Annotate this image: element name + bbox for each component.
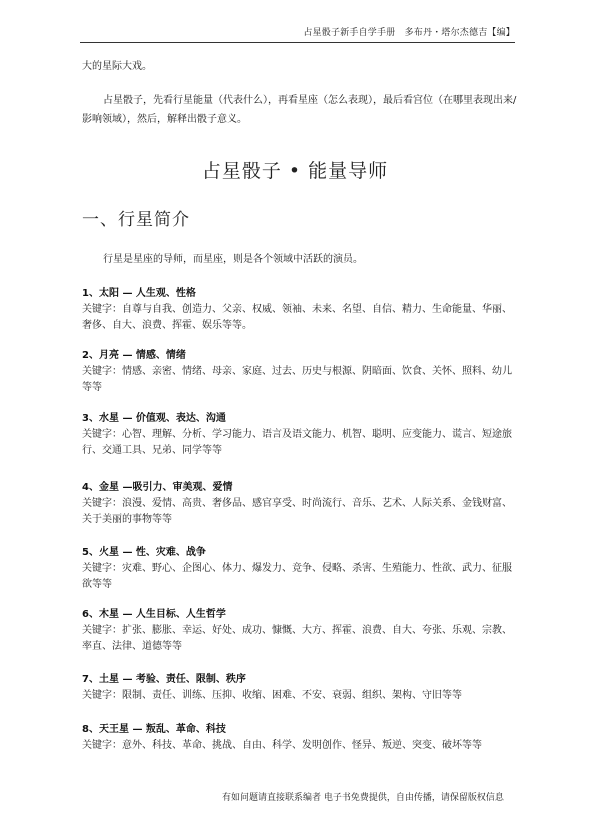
planet-keywords: 关键字：情感、亲密、情绪、母亲、家庭、过去、历史与根源、阴暗面、饮食、关怀、照料… bbox=[82, 364, 517, 396]
planet-keywords: 关键字：心智、理解、分析、学习能力、语言及语文能力、机智、聪明、应变能力、谎言、… bbox=[82, 427, 517, 459]
planet-keywords: 关键字：灾难、野心、企图心、体力、爆发力、竞争、侵略、杀害、生殖能力、性欲、武力… bbox=[82, 561, 517, 593]
planet-entry-jupiter: 6、木星 — 人生目标、人生哲学 关键字：扩张、膨胀、幸运、好处、成功、慷慨、大… bbox=[82, 607, 517, 655]
planet-title: 8、天王星 — 叛乱、革命、科技 bbox=[82, 722, 517, 738]
planet-entry-moon: 2、月亮 — 情感、情绪 关键字：情感、亲密、情绪、母亲、家庭、过去、历史与根源… bbox=[82, 348, 517, 396]
method-paragraph: 占星骰子，先看行星能量（代表什么），再看星座（怎么表现），最后看宫位（在哪里表现… bbox=[82, 91, 517, 129]
section-intro: 行星是星座的导师，而星座，则是各个领域中活跃的演员。 bbox=[82, 252, 517, 268]
planet-title: 3、水星 — 价值观、表达、沟通 bbox=[82, 411, 517, 427]
planet-title: 5、火星 — 性、灾难、战争 bbox=[82, 545, 517, 561]
planet-title: 7、土星 — 考验、责任、限制、秩序 bbox=[82, 672, 517, 688]
planet-entry-saturn: 7、土星 — 考验、责任、限制、秩序 关键字：限制、责任、训练、压抑、收缩、困难… bbox=[82, 672, 517, 704]
section-heading: 一、行星简介 bbox=[82, 208, 190, 232]
planet-title: 6、木星 — 人生目标、人生哲学 bbox=[82, 607, 517, 623]
planet-keywords: 关键字：浪漫、爱情、高贵、奢侈品、感官享受、时尚流行、音乐、艺术、人际关系、金钱… bbox=[82, 496, 517, 528]
planet-title: 2、月亮 — 情感、情绪 bbox=[82, 348, 517, 364]
planet-entry-mercury: 3、水星 — 价值观、表达、沟通 关键字：心智、理解、分析、学习能力、语言及语文… bbox=[82, 411, 517, 459]
planet-keywords: 关键字：限制、责任、训练、压抑、收缩、困难、不安、衰弱、组织、架构、守旧等等 bbox=[82, 688, 517, 704]
planet-entry-uranus: 8、天王星 — 叛乱、革命、科技 关键字：意外、科技、革命、挑战、自由、科学、发… bbox=[82, 722, 517, 754]
planet-entry-sun: 1、太阳 — 人生观、性格 关键字：自尊与自我、创造力、父亲、权威、领袖、未来、… bbox=[82, 286, 517, 334]
planet-title: 1、太阳 — 人生观、性格 bbox=[82, 286, 517, 302]
page-footer: 有如问题请直接联系编者 电子书免费提供，自由传播，请保留版权信息 bbox=[222, 792, 504, 804]
planet-keywords: 关键字：扩张、膨胀、幸运、好处、成功、慷慨、大方、挥霍、浪费、自大、夸张、乐观、… bbox=[82, 623, 517, 655]
planet-keywords: 关键字：意外、科技、革命、挑战、自由、科学、发明创作、怪异、叛逆、突变、破坏等等 bbox=[82, 738, 517, 754]
chapter-title: 占星骰子 • 能量导师 bbox=[0, 158, 590, 184]
planet-entry-venus: 4、金星 —吸引力、审美观、爱情 关键字：浪漫、爱情、高贵、奢侈品、感官享受、时… bbox=[82, 480, 517, 528]
planet-title: 4、金星 —吸引力、审美观、爱情 bbox=[82, 480, 517, 496]
running-header: 占星骰子新手自学手册 多布丹・塔尔杰德吉【编】 bbox=[80, 27, 515, 43]
continuation-text: 大的星际大戏。 bbox=[82, 57, 517, 76]
planet-keywords: 关键字：自尊与自我、创造力、父亲、权威、领袖、未来、名望、自信、精力、生命能量、… bbox=[82, 302, 517, 334]
planet-entry-mars: 5、火星 — 性、灾难、战争 关键字：灾难、野心、企图心、体力、爆发力、竞争、侵… bbox=[82, 545, 517, 593]
